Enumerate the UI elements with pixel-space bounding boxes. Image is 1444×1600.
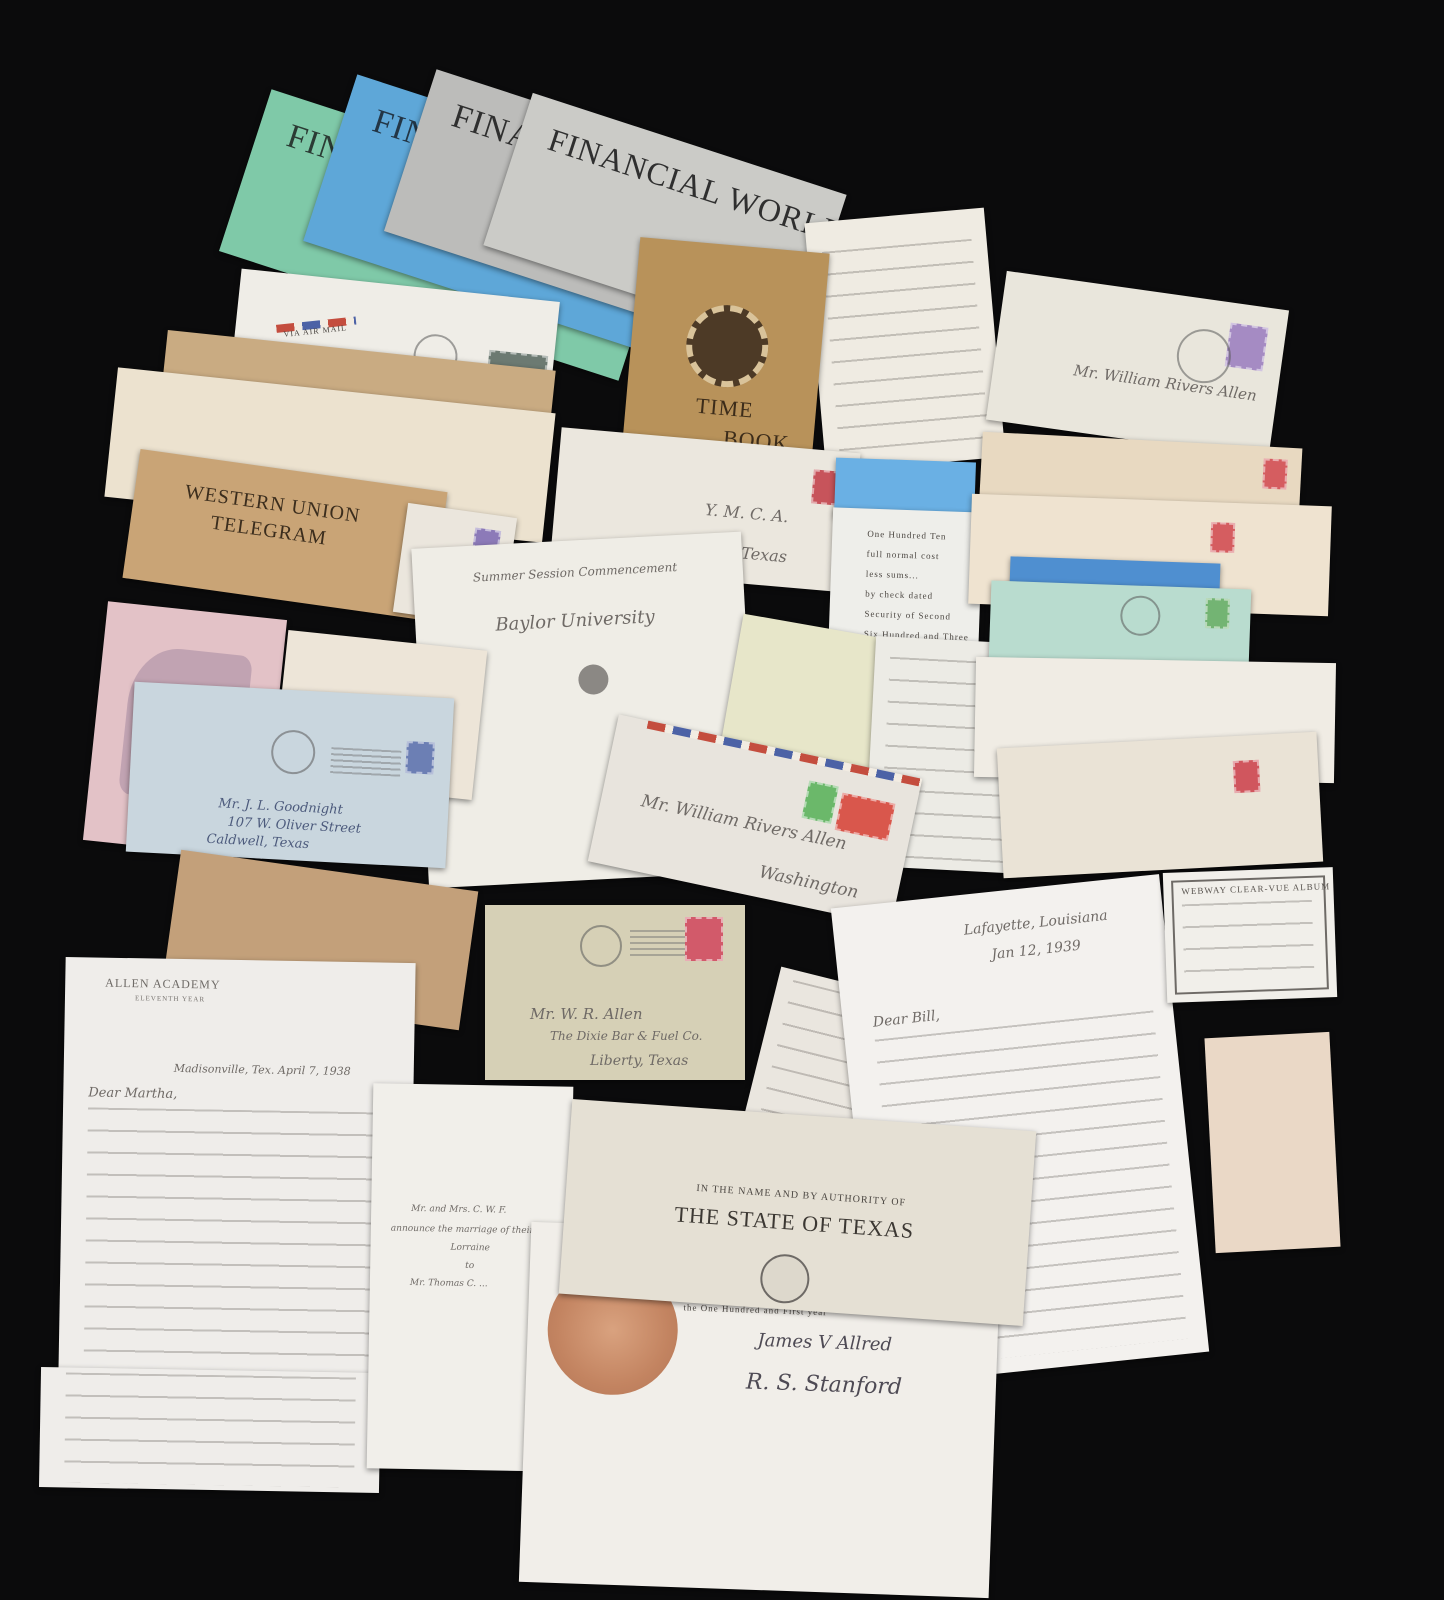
- addressee-name: Mr. W. R. Allen: [530, 1005, 643, 1023]
- green-stamp: [1205, 598, 1230, 629]
- wr-allen-envelope: Mr. W. R. Allen The Dixie Bar & Fuel Co.…: [485, 905, 745, 1080]
- state-of-texas-title: THE STATE OF TEXAS: [674, 1201, 915, 1244]
- red-stamp: [1262, 458, 1288, 489]
- governor-signature: James V Allred: [757, 1330, 892, 1356]
- purple-stamp: [1225, 323, 1269, 372]
- envelope-purple-stamp: Mr. William Rivers Allen: [986, 271, 1289, 459]
- letter-greeting: Dear Bill,: [872, 1008, 940, 1031]
- university-seal-icon: [578, 664, 610, 696]
- allen-academy-letter: ALLEN ACADEMY ELEVENTH YEAR Madisonville…: [58, 957, 415, 1383]
- baylor-university-title: Baylor University: [495, 606, 655, 635]
- blank-envelope-right: [1204, 1032, 1340, 1253]
- blue-envelope: Mr. J. L. Goodnight 107 W. Oliver Street…: [126, 682, 454, 869]
- green-stamp: [802, 780, 839, 823]
- envelope-stack-aqua: [989, 580, 1252, 669]
- red-washington-stamp: [685, 917, 723, 961]
- red-stamp: [1233, 760, 1261, 793]
- blue-stamp: [405, 741, 435, 774]
- secretary-signature: R. S. Stanford: [746, 1370, 903, 1400]
- allen-academy-letter-lower: [39, 1367, 381, 1493]
- texas-star-seal-icon: [759, 1253, 811, 1305]
- envelope-stack-4: [997, 732, 1323, 879]
- red-stamp: [1210, 522, 1235, 553]
- handwritten-letter-top: [804, 208, 1005, 473]
- allen-academy-letterhead: ALLEN ACADEMY: [105, 976, 221, 993]
- baylor-session-title: Summer Session Commencement: [473, 560, 678, 585]
- state-of-texas-header-fold: IN THE NAME AND BY AUTHORITY OF THE STAT…: [559, 1099, 1036, 1326]
- clear-vue-album-card: WEBWAY CLEAR-VUE ALBUM: [1163, 867, 1337, 1003]
- letter-date: Jan 12, 1939: [991, 938, 1082, 963]
- letter-place: Lafayette, Louisiana: [963, 908, 1108, 939]
- clock-icon: [683, 302, 772, 391]
